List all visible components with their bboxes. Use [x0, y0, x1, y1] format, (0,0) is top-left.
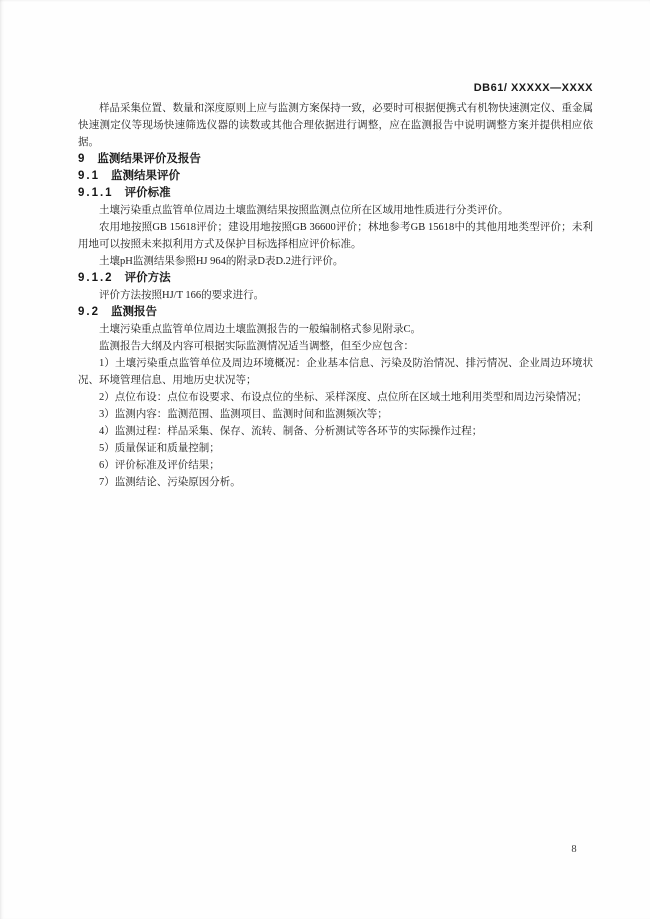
- eval-method-paragraph: 评价方法按照HJ/T 166的要求进行。: [78, 287, 593, 304]
- report-outline-paragraph: 监测报告大纲及内容可根据实际监测情况适当调整，但至少应包含：: [78, 338, 593, 355]
- section-9-1-1-heading: 9.1.1评价标准: [78, 185, 593, 202]
- eval-classify-paragraph: 土壤污染重点监管单位周边土壤监测结果按照监测点位所在区域用地性质进行分类评价。: [78, 202, 593, 219]
- document-page: DB61/ XXXXX—XXXX 样品采集位置、数量和深度原则上应与监测方案保持…: [0, 0, 650, 919]
- standard-code-header: DB61/ XXXXX—XXXX: [474, 82, 593, 94]
- section-9-2-heading: 9.2监测报告: [78, 304, 593, 321]
- report-item-6: 6）评价标准及评价结果；: [78, 457, 593, 474]
- report-item-5: 5）质量保证和质量控制；: [78, 440, 593, 457]
- report-item-1: 1）土壤污染重点监管单位及周边环境概况：企业基本信息、污染及防治情况、排污情况、…: [78, 355, 593, 389]
- section-9-1-2-number: 9.1.2: [78, 272, 114, 284]
- report-format-paragraph: 土壤污染重点监管单位周边土壤监测报告的一般编制格式参见附录C。: [78, 321, 593, 338]
- report-item-7: 7）监测结论、污染原因分析。: [78, 474, 593, 491]
- section-9-title: 监测结果评价及报告: [97, 153, 201, 165]
- section-9-1-1-number: 9.1.1: [78, 187, 114, 199]
- report-item-3: 3）监测内容：监测范围、监测项目、监测时间和监测频次等；: [78, 406, 593, 423]
- intro-paragraph: 样品采集位置、数量和深度原则上应与监测方案保持一致，必要时可根据便携式有机物快速…: [78, 100, 593, 151]
- section-9-1-number: 9.1: [78, 170, 100, 182]
- report-item-2: 2）点位布设：点位布设要求、布设点位的坐标、采样深度、点位所在区域土地利用类型和…: [78, 389, 593, 406]
- section-9-1-heading: 9.1监测结果评价: [78, 168, 593, 185]
- section-9-2-number: 9.2: [78, 306, 100, 318]
- section-9-1-2-title: 评价方法: [125, 272, 171, 284]
- section-9-number: 9: [78, 153, 86, 165]
- section-9-1-title: 监测结果评价: [111, 170, 180, 182]
- section-9-1-2-heading: 9.1.2评价方法: [78, 270, 593, 287]
- eval-ph-paragraph: 土壤pH监测结果参照HJ 964的附录D表D.2进行评价。: [78, 253, 593, 270]
- page-number: 8: [566, 844, 582, 855]
- section-9-2-title: 监测报告: [111, 306, 157, 318]
- document-content: 样品采集位置、数量和深度原则上应与监测方案保持一致，必要时可根据便携式有机物快速…: [78, 100, 593, 491]
- eval-standards-paragraph: 农用地按照GB 15618评价；建设用地按照GB 36600评价；林地参考GB …: [78, 219, 593, 253]
- section-9-1-1-title: 评价标准: [125, 187, 171, 199]
- report-item-4: 4）监测过程：样品采集、保存、流转、制备、分析测试等各环节的实际操作过程；: [78, 423, 593, 440]
- section-9-heading: 9监测结果评价及报告: [78, 151, 593, 168]
